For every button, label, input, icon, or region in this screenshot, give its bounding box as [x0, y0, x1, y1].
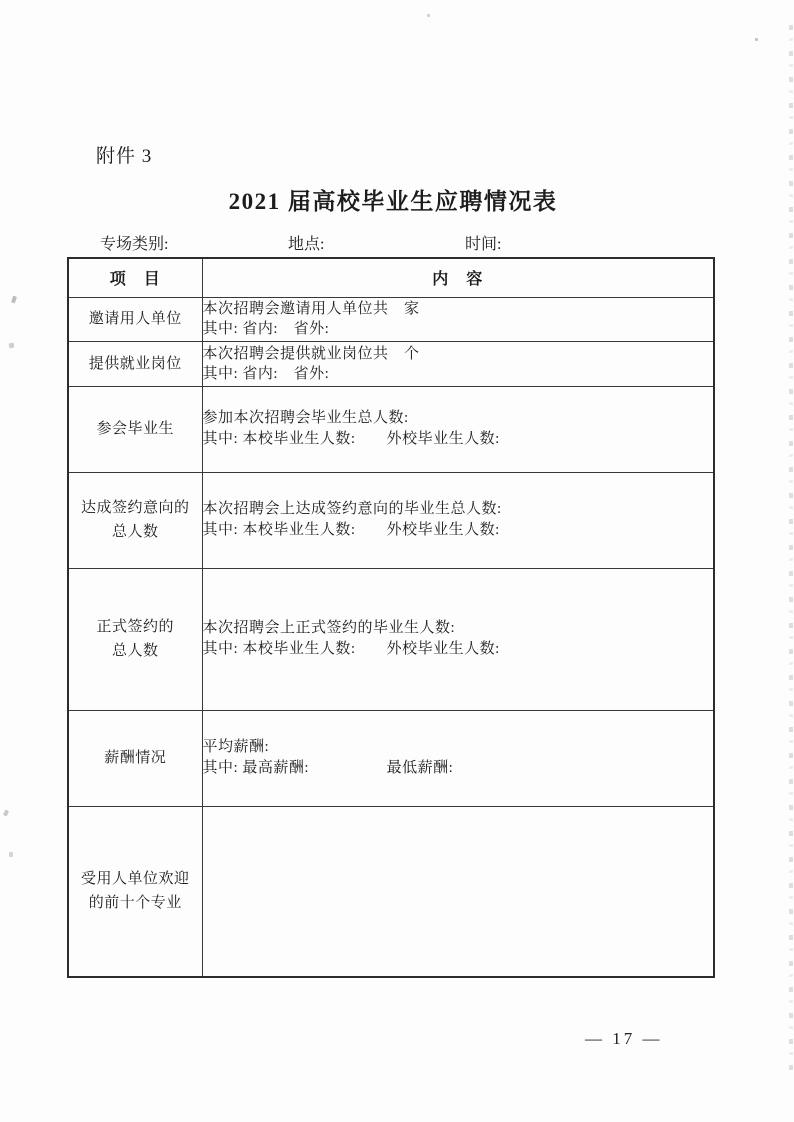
row-content-cell: 参加本次招聘会毕业生总人数: 其中: 本校毕业生人数: 外校毕业生人数: — [202, 386, 714, 472]
row-label-cell: 薪酬情况 — [68, 710, 202, 806]
table-row-salary-situation: 薪酬情况 平均薪酬: 其中: 最高薪酬: 最低薪酬: — [68, 710, 714, 806]
table-header-row: 项 目 内 容 — [68, 258, 714, 297]
header-content-cell: 内 容 — [202, 258, 714, 297]
row-content-cell: 本次招聘会提供就业岗位共 个 其中: 省内: 省外: — [202, 341, 714, 386]
row-label-cell: 正式签约的 总人数 — [68, 568, 202, 710]
row-label-cell: 提供就业岗位 — [68, 341, 202, 386]
scan-speck — [755, 38, 758, 41]
row-content-cell: 本次招聘会上达成签约意向的毕业生总人数: 其中: 本校毕业生人数: 外校毕业生人… — [202, 472, 714, 568]
table-row-intention-signed-total: 达成签约意向的 总人数 本次招聘会上达成签约意向的毕业生总人数: 其中: 本校毕… — [68, 472, 714, 568]
table-row-formally-signed-total: 正式签约的 总人数 本次招聘会上正式签约的毕业生人数: 其中: 本校毕业生人数:… — [68, 568, 714, 710]
row-content-cell: 平均薪酬: 其中: 最高薪酬: 最低薪酬: — [202, 710, 714, 806]
page-number: — 17 — — [585, 1029, 663, 1049]
recruitment-form-table: 项 目 内 容 邀请用人单位 本次招聘会邀请用人单位共 家 其中: 省内: 省外… — [67, 257, 715, 978]
table-row-invited-employers: 邀请用人单位 本次招聘会邀请用人单位共 家 其中: 省内: 省外: — [68, 297, 714, 341]
location-label: 地点: — [288, 231, 324, 254]
time-label: 时间: — [465, 231, 501, 254]
row-label-cell: 达成签约意向的 总人数 — [68, 472, 202, 568]
row-label-cell: 参会毕业生 — [68, 386, 202, 472]
form-meta-row: 专场类别: 地点: 时间: — [0, 231, 794, 255]
row-content-cell: 本次招聘会上正式签约的毕业生人数: 其中: 本校毕业生人数: 外校毕业生人数: — [202, 568, 714, 710]
scan-edge-noise — [789, 25, 793, 1077]
row-label-cell: 受用人单位欢迎 的前十个专业 — [68, 806, 202, 977]
session-type-label: 专场类别: — [100, 231, 168, 254]
attachment-label: 附件 3 — [96, 141, 152, 168]
table-row-attending-graduates: 参会毕业生 参加本次招聘会毕业生总人数: 其中: 本校毕业生人数: 外校毕业生人… — [68, 386, 714, 472]
scan-speck — [3, 809, 9, 816]
scan-speck — [9, 343, 15, 349]
scan-speck — [427, 14, 430, 17]
table-row-top-ten-majors: 受用人单位欢迎 的前十个专业 — [68, 806, 714, 977]
page-title: 2021 届高校毕业生应聘情况表 — [0, 183, 786, 216]
table-row-job-positions: 提供就业岗位 本次招聘会提供就业岗位共 个 其中: 省内: 省外: — [68, 341, 714, 386]
scanned-document-page: 附件 3 2021 届高校毕业生应聘情况表 专场类别: 地点: 时间: 项 目 … — [0, 0, 794, 1122]
row-content-cell: 本次招聘会邀请用人单位共 家 其中: 省内: 省外: — [202, 297, 714, 341]
row-content-cell — [202, 806, 714, 977]
header-item-cell: 项 目 — [68, 258, 202, 297]
scan-speck — [11, 296, 17, 304]
row-label-cell: 邀请用人单位 — [68, 297, 202, 341]
scan-speck — [9, 852, 13, 857]
